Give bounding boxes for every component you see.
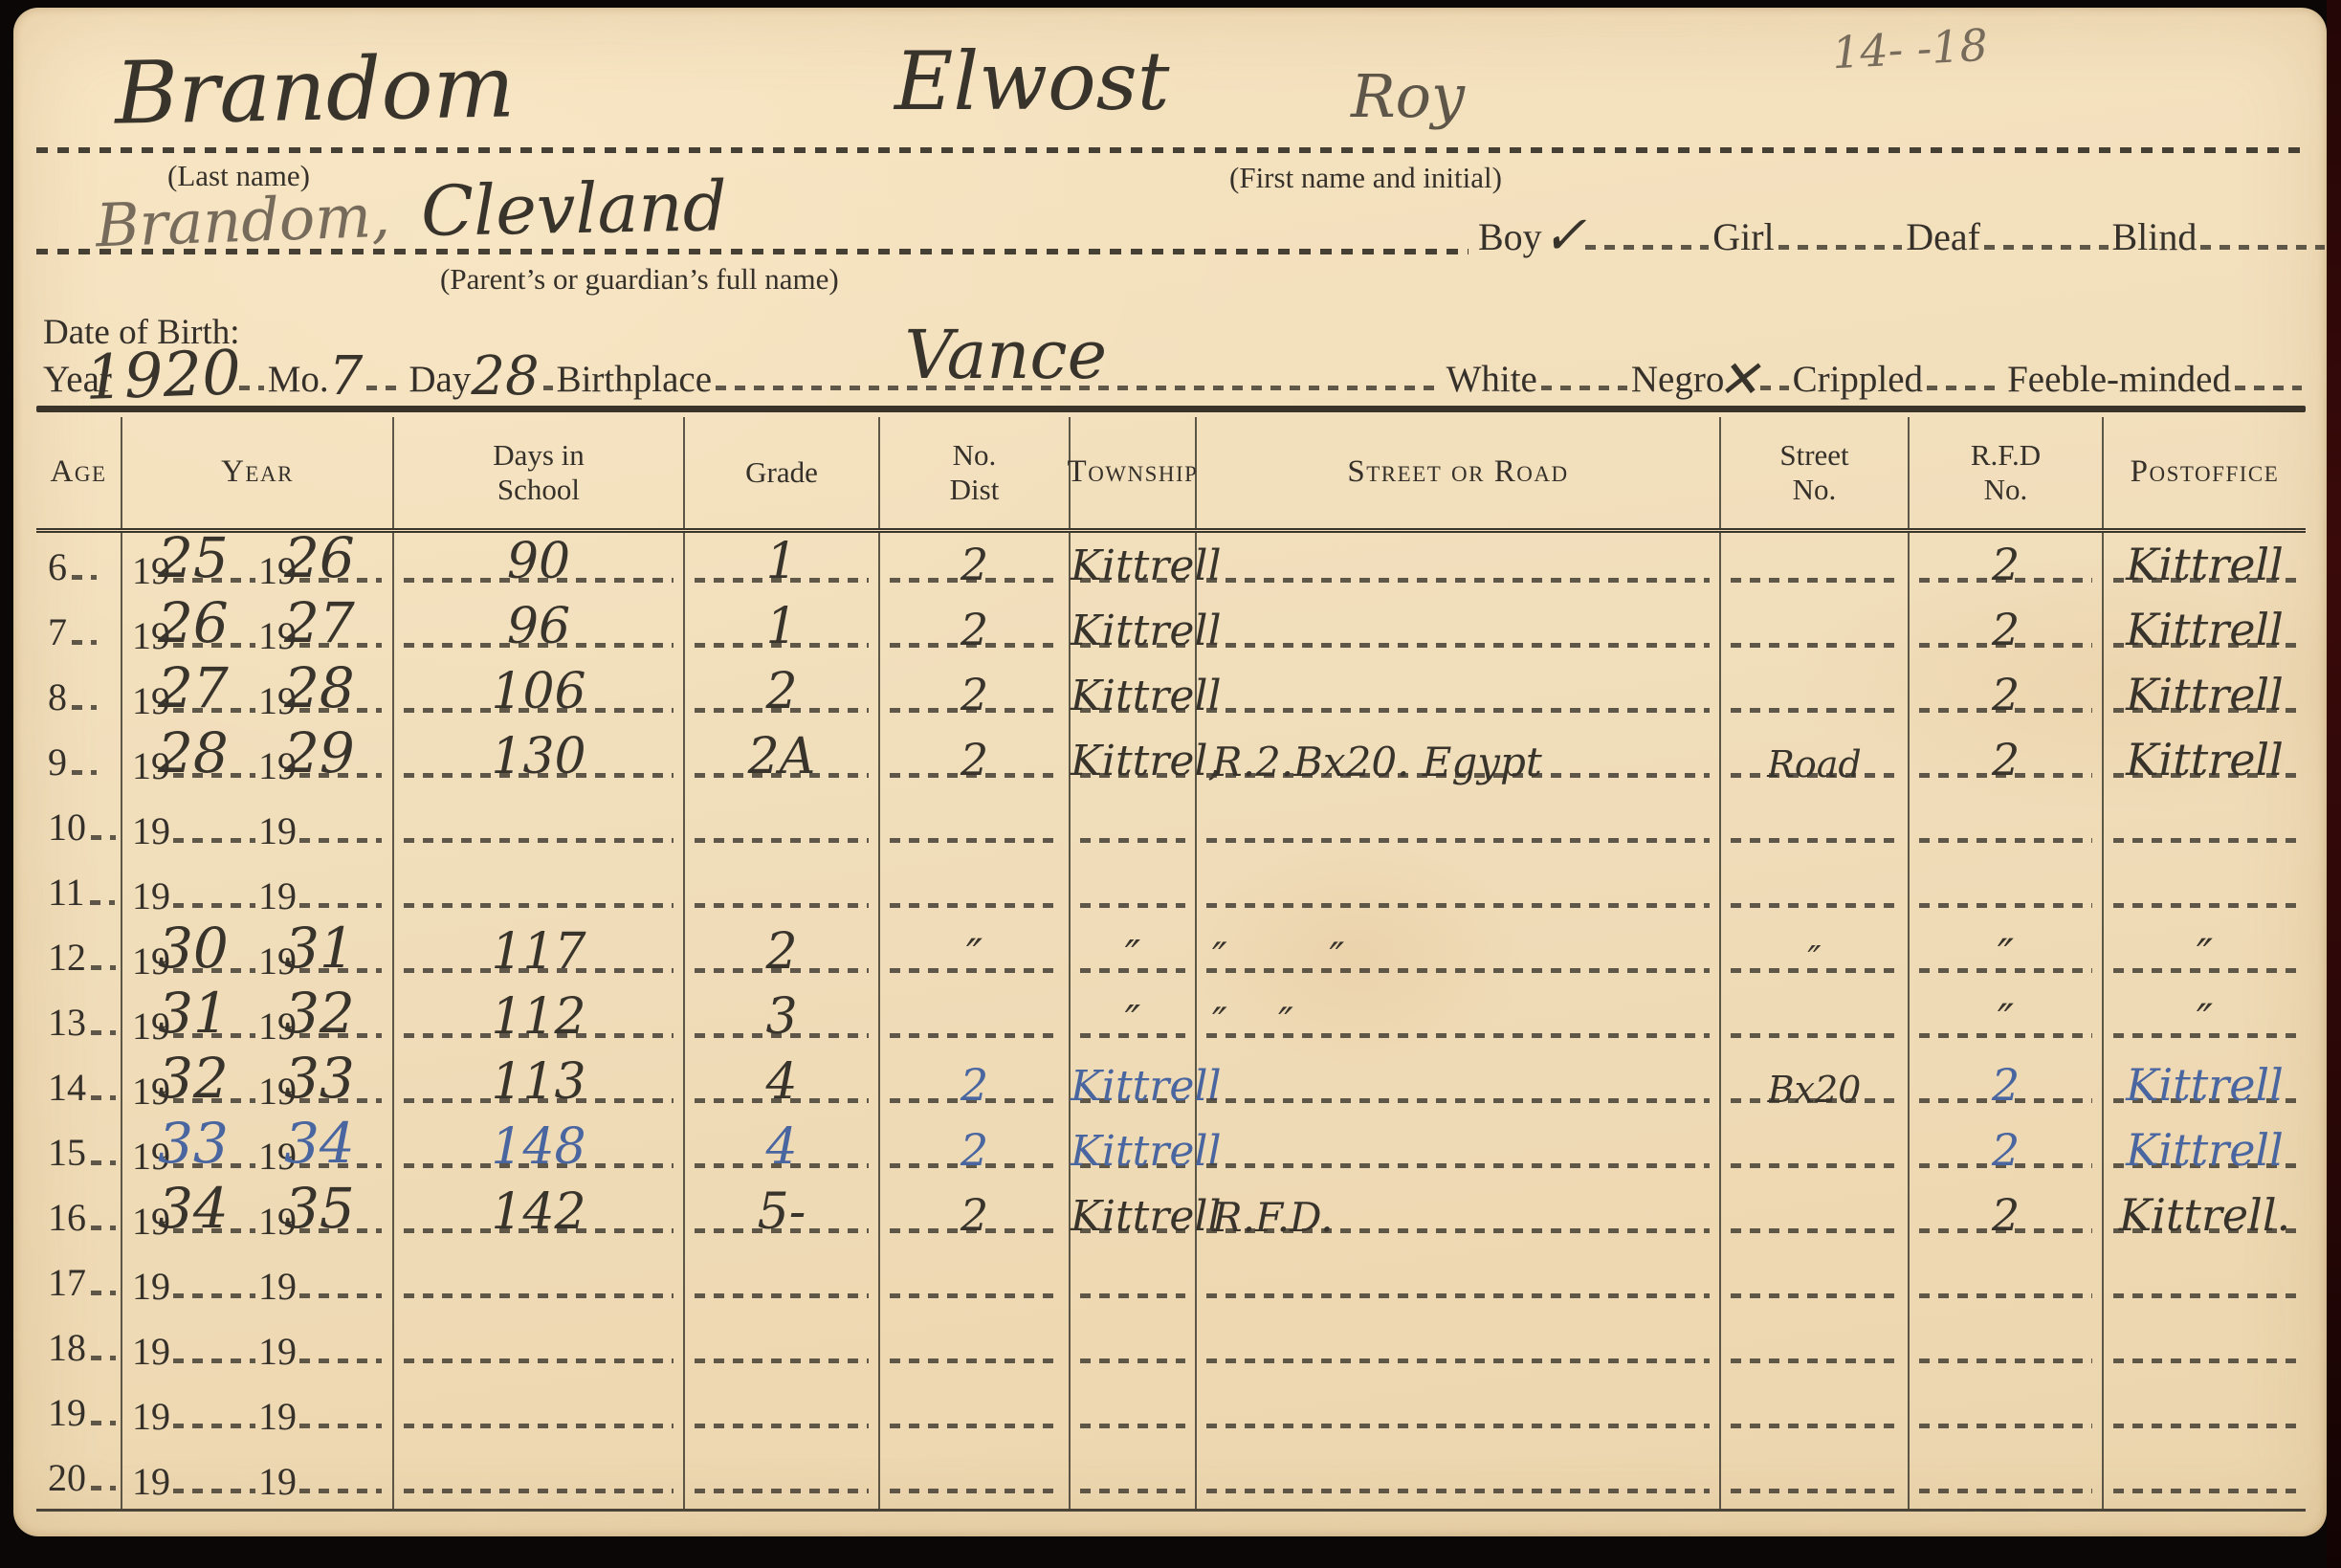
cell-street-dots bbox=[1206, 1489, 1710, 1493]
year-dots bbox=[299, 838, 382, 843]
cell-street-no-value: Road bbox=[1721, 743, 1908, 785]
year-value-y1: 26 bbox=[158, 590, 229, 655]
col-header-year: Year bbox=[122, 417, 394, 528]
cell-grade: 4 bbox=[685, 1053, 880, 1118]
cell-year: 1919 bbox=[122, 1444, 394, 1509]
year-value-y2: 35 bbox=[284, 1176, 355, 1241]
cell-year: 1919 bbox=[122, 1248, 394, 1314]
cell-grade-value: 4 bbox=[685, 1053, 878, 1111]
cell-rfd-value: ″ bbox=[1910, 994, 2102, 1046]
year-dots: 27 bbox=[299, 643, 382, 648]
cell-age: 11 bbox=[36, 858, 122, 923]
cell-po-dots bbox=[2113, 838, 2296, 843]
cell-dist: 2 bbox=[880, 533, 1071, 598]
age-dots bbox=[91, 1356, 116, 1360]
cell-age: 10 bbox=[36, 793, 122, 858]
cell-days: 117 bbox=[394, 923, 685, 988]
cell-street bbox=[1197, 793, 1721, 858]
year-dots: 34 bbox=[299, 1163, 382, 1168]
cell-township-value: Kittrel, bbox=[1071, 737, 1195, 785]
birthplace-label: Birthplace bbox=[557, 361, 712, 400]
last-name-value: Brandom bbox=[114, 36, 516, 144]
cell-grade: 2A bbox=[685, 728, 880, 793]
cell-days: 148 bbox=[394, 1118, 685, 1183]
cell-dist bbox=[880, 858, 1071, 923]
cell-po bbox=[2104, 1379, 2306, 1444]
cell-days bbox=[394, 1379, 685, 1444]
cell-rfd bbox=[1910, 793, 2104, 858]
corner-note: 14- -18 bbox=[1831, 19, 1989, 78]
cell-rfd-value: 2 bbox=[1910, 539, 2102, 590]
printed-year-prefix: 19 bbox=[132, 1463, 170, 1501]
cell-dist-value: 2 bbox=[880, 604, 1069, 655]
col-header-age: Age bbox=[36, 417, 122, 528]
cell-street-dots bbox=[1206, 578, 1710, 583]
age-dots bbox=[72, 640, 97, 645]
cell-days-dots bbox=[404, 1358, 674, 1363]
birthplace-value: Vance bbox=[904, 316, 1107, 394]
cell-street-dots bbox=[1206, 708, 1710, 713]
cell-street-value: R.F.D. bbox=[1212, 1194, 1719, 1241]
birthplace-dots: Vance bbox=[716, 386, 1443, 390]
age-value: 14 bbox=[48, 1069, 86, 1107]
cell-street bbox=[1197, 858, 1721, 923]
cell-po-dots bbox=[2113, 1424, 2296, 1428]
cell-dist-dots bbox=[890, 1424, 1059, 1428]
cell-rfd-dots bbox=[1919, 1424, 2092, 1428]
col-header-rfd-no: R.F.D No. bbox=[1910, 417, 2104, 528]
cell-dist: ″ bbox=[880, 923, 1071, 988]
cell-street-no: Road bbox=[1721, 728, 1910, 793]
cell-po-dots bbox=[2113, 1489, 2296, 1493]
col-header-street-or-road: Street or Road bbox=[1197, 417, 1721, 528]
cell-street-no: ″ bbox=[1721, 923, 1910, 988]
printed-year-prefix: 19 bbox=[258, 812, 297, 850]
cell-po-value: Kittrell bbox=[2104, 539, 2306, 590]
age-value: 12 bbox=[48, 939, 86, 977]
cell-street: ″ ″ bbox=[1197, 988, 1721, 1053]
cell-dist-dots bbox=[890, 903, 1059, 908]
cell-rfd: 2 bbox=[1910, 598, 2104, 663]
cell-street-no-dots bbox=[1731, 1424, 1898, 1428]
year-dots bbox=[173, 1293, 255, 1298]
white-label: White bbox=[1447, 361, 1537, 400]
year-value-y1: 31 bbox=[158, 981, 229, 1046]
cell-age: 20 bbox=[36, 1444, 122, 1509]
age-dots bbox=[72, 575, 97, 580]
cell-grade-value: 5- bbox=[685, 1183, 878, 1241]
first-name-value: Elwost bbox=[894, 34, 1170, 128]
cell-street bbox=[1197, 1053, 1721, 1118]
cell-street-no bbox=[1721, 1118, 1910, 1183]
cell-age: 12 bbox=[36, 923, 122, 988]
cell-po: Kittrell bbox=[2104, 663, 2306, 728]
cell-grade: 3 bbox=[685, 988, 880, 1053]
cell-grade bbox=[685, 793, 880, 858]
cell-days-dots bbox=[404, 838, 674, 843]
cell-street-no bbox=[1721, 793, 1910, 858]
age-value: 17 bbox=[48, 1264, 86, 1302]
cell-grade-dots bbox=[695, 1489, 869, 1493]
cell-days: 90 bbox=[394, 533, 685, 598]
cell-days-dots bbox=[404, 1293, 674, 1298]
cell-street bbox=[1197, 1118, 1721, 1183]
cell-po-dots bbox=[2113, 903, 2296, 908]
cell-street-no-value: Bx20 bbox=[1721, 1069, 1908, 1111]
cell-grade bbox=[685, 1379, 880, 1444]
cell-rfd: 2 bbox=[1910, 663, 2104, 728]
cell-days: 106 bbox=[394, 663, 685, 728]
col-header-days-in-school: Days in School bbox=[394, 417, 685, 528]
age-dots bbox=[91, 1421, 116, 1425]
age-value: 20 bbox=[48, 1459, 86, 1497]
age-value: 11 bbox=[48, 873, 85, 912]
cell-township: Kittrell bbox=[1071, 1183, 1197, 1248]
name-rule bbox=[36, 147, 2306, 153]
col-header-no-dist: No. Dist bbox=[880, 417, 1071, 528]
cell-street-no-dots bbox=[1731, 708, 1898, 713]
year-dots bbox=[173, 1358, 255, 1363]
year-dots: 32 bbox=[299, 1033, 382, 1038]
cell-dist-dots bbox=[890, 1358, 1059, 1363]
crippled-label: Crippled bbox=[1793, 361, 1923, 400]
year-value-y1: 32 bbox=[158, 1046, 229, 1111]
cell-days-dots bbox=[404, 1489, 674, 1493]
record-table: Age Year Days in School Grade No. Dist T… bbox=[36, 417, 2306, 1512]
cell-dist-value: 2 bbox=[880, 734, 1069, 785]
cell-rfd-value: 2 bbox=[1910, 734, 2102, 785]
cell-year: 19261927 bbox=[122, 598, 394, 663]
cell-grade: 2 bbox=[685, 923, 880, 988]
deaf-dots bbox=[1984, 245, 2109, 250]
year-value-y2: 33 bbox=[284, 1046, 355, 1111]
cell-rfd-dots bbox=[1919, 1293, 2092, 1298]
cell-dist-value: 2 bbox=[880, 1124, 1069, 1176]
crippled-dots bbox=[1927, 386, 2003, 390]
cell-days: 142 bbox=[394, 1183, 685, 1248]
cell-street bbox=[1197, 1314, 1721, 1379]
cell-age: 18 bbox=[36, 1314, 122, 1379]
cell-street-no-dots bbox=[1731, 578, 1898, 583]
year-dots bbox=[299, 903, 382, 908]
cell-days-value: 96 bbox=[394, 598, 683, 655]
cell-grade-value: 2 bbox=[685, 663, 878, 720]
age-value: 10 bbox=[48, 808, 86, 847]
cell-po bbox=[2104, 858, 2306, 923]
cell-street bbox=[1197, 533, 1721, 598]
cell-street-dots bbox=[1206, 1098, 1710, 1103]
cell-po-value: Kittrell. bbox=[2104, 1189, 2306, 1241]
year-value-y2: 26 bbox=[284, 525, 355, 590]
cell-township-dots bbox=[1080, 1358, 1185, 1363]
cell-days-dots bbox=[404, 1424, 674, 1428]
parent-label: (Parent’s or guardian’s full name) bbox=[440, 262, 839, 297]
white-dots bbox=[1541, 386, 1627, 390]
girl-label: Girl bbox=[1712, 214, 1774, 259]
cell-po: ″ bbox=[2104, 988, 2306, 1053]
cell-township bbox=[1071, 1379, 1197, 1444]
cell-dist-value: ″ bbox=[880, 929, 1069, 981]
printed-year-prefix: 19 bbox=[258, 1463, 297, 1501]
boy-checkmark: ✓ bbox=[1542, 205, 1587, 267]
parent-rule bbox=[36, 249, 1469, 254]
header-rule bbox=[36, 406, 2306, 412]
year-value-y1: 34 bbox=[158, 1176, 229, 1241]
cell-po: Kittrell bbox=[2104, 598, 2306, 663]
cell-street-no bbox=[1721, 1183, 1910, 1248]
parent-name-value: Clevland bbox=[420, 166, 727, 252]
record-table-body: 6192519269012Kittrell2Kittrell7192619279… bbox=[36, 533, 2306, 1512]
cell-grade: 1 bbox=[685, 598, 880, 663]
cell-township: Kittrell bbox=[1071, 1118, 1197, 1183]
cell-grade: 5- bbox=[685, 1183, 880, 1248]
cell-po: Kittrell bbox=[2104, 1118, 2306, 1183]
year-dots: 26 bbox=[173, 643, 255, 648]
cell-days-value: 142 bbox=[394, 1183, 683, 1241]
cell-rfd bbox=[1910, 1248, 2104, 1314]
age-dots bbox=[91, 965, 116, 970]
cell-grade: 1 bbox=[685, 533, 880, 598]
cell-year: 1919 bbox=[122, 858, 394, 923]
cell-street-no-dots bbox=[1731, 838, 1898, 843]
cell-grade-value: 2A bbox=[685, 728, 878, 785]
cell-township-value: Kittrell bbox=[1071, 1062, 1195, 1111]
cell-grade: 2 bbox=[685, 663, 880, 728]
age-dots bbox=[91, 835, 116, 840]
cell-township: ″ bbox=[1071, 923, 1197, 988]
cell-dist-value: 2 bbox=[880, 539, 1069, 590]
age-dots bbox=[91, 1226, 116, 1230]
cell-po: Kittrell. bbox=[2104, 1183, 2306, 1248]
year-value-y2: 32 bbox=[284, 981, 355, 1046]
cell-township: Kittrel, bbox=[1071, 728, 1197, 793]
cell-street-no bbox=[1721, 1314, 1910, 1379]
cell-age: 19 bbox=[36, 1379, 122, 1444]
year-dots: 30 bbox=[173, 968, 255, 973]
cell-street-no-dots bbox=[1731, 1228, 1898, 1233]
year-value-y2: 27 bbox=[284, 590, 355, 655]
cell-age: 6 bbox=[36, 533, 122, 598]
cell-po-value: Kittrell bbox=[2104, 734, 2306, 785]
cell-rfd-value: ″ bbox=[1910, 929, 2102, 981]
year-value-y2: 34 bbox=[284, 1111, 355, 1176]
cell-po: Kittrell bbox=[2104, 533, 2306, 598]
year-dots bbox=[299, 1424, 382, 1428]
cell-township bbox=[1071, 1444, 1197, 1509]
cell-township: Kittrell bbox=[1071, 663, 1197, 728]
age-value: 18 bbox=[48, 1329, 86, 1367]
cell-grade-dots bbox=[695, 838, 869, 843]
cell-township-dots bbox=[1080, 1489, 1185, 1493]
cell-days bbox=[394, 1444, 685, 1509]
year-dots: 32 bbox=[173, 1098, 255, 1103]
year-dots: 28 bbox=[299, 708, 382, 713]
cell-dist-value: 2 bbox=[880, 1059, 1069, 1111]
cell-grade-value: 2 bbox=[685, 923, 878, 981]
birth-month-value: 7 bbox=[329, 345, 364, 408]
cell-dist-dots bbox=[890, 1293, 1059, 1298]
cell-street bbox=[1197, 1444, 1721, 1509]
age-value: 13 bbox=[48, 1004, 86, 1042]
cell-dist bbox=[880, 988, 1071, 1053]
cell-days: 113 bbox=[394, 1053, 685, 1118]
cell-days-value: 148 bbox=[394, 1118, 683, 1176]
year-value-y1: 25 bbox=[158, 525, 229, 590]
cell-year: 19311932 bbox=[122, 988, 394, 1053]
cell-rfd: ″ bbox=[1910, 988, 2104, 1053]
cell-township-value: ″ bbox=[1071, 932, 1195, 981]
cell-dist: 2 bbox=[880, 1118, 1071, 1183]
feeble-minded-dots bbox=[2235, 386, 2302, 390]
cell-age: 15 bbox=[36, 1118, 122, 1183]
cell-grade: 4 bbox=[685, 1118, 880, 1183]
blind-label: Blind bbox=[2112, 214, 2197, 259]
year-dots: 29 bbox=[299, 773, 382, 778]
cell-township: Kittrell bbox=[1071, 1053, 1197, 1118]
cell-dist-dots bbox=[890, 1033, 1059, 1038]
cell-township: Kittrell bbox=[1071, 533, 1197, 598]
cell-rfd bbox=[1910, 858, 2104, 923]
year-dots bbox=[299, 1293, 382, 1298]
cell-township-value: Kittrell bbox=[1071, 1192, 1195, 1241]
cell-rfd: 2 bbox=[1910, 1053, 2104, 1118]
cell-age: 16 bbox=[36, 1183, 122, 1248]
cell-grade-dots bbox=[695, 903, 869, 908]
cell-street-dots bbox=[1206, 838, 1710, 843]
cell-year: 19341935 bbox=[122, 1183, 394, 1248]
cell-township-dots bbox=[1080, 838, 1185, 843]
cell-street-dots bbox=[1206, 643, 1710, 648]
cell-days: 112 bbox=[394, 988, 685, 1053]
cell-grade-value: 1 bbox=[685, 598, 878, 655]
cell-street-dots bbox=[1206, 1424, 1710, 1428]
cell-age: 9 bbox=[36, 728, 122, 793]
age-value: 7 bbox=[48, 613, 67, 651]
printed-year-prefix: 19 bbox=[258, 877, 297, 916]
age-dots bbox=[91, 1030, 116, 1035]
cell-year: 19281929 bbox=[122, 728, 394, 793]
cell-grade-dots bbox=[695, 1293, 869, 1298]
day-dots bbox=[543, 386, 553, 390]
cell-rfd: 2 bbox=[1910, 533, 2104, 598]
col-header-township: Township bbox=[1071, 417, 1197, 528]
cell-days-value: 130 bbox=[394, 728, 683, 785]
year-value-y1: 27 bbox=[158, 655, 229, 720]
cell-street-no-dots bbox=[1731, 643, 1898, 648]
cell-po-value: ″ bbox=[2104, 929, 2306, 981]
cell-rfd-value: 2 bbox=[1910, 669, 2102, 720]
cell-days-value: 117 bbox=[394, 923, 683, 981]
girl-dots bbox=[1778, 245, 1903, 250]
cell-year: 1919 bbox=[122, 1314, 394, 1379]
cell-po bbox=[2104, 793, 2306, 858]
cell-street bbox=[1197, 1379, 1721, 1444]
cell-rfd-value: 2 bbox=[1910, 604, 2102, 655]
cell-po: Kittrell bbox=[2104, 728, 2306, 793]
cell-grade bbox=[685, 1248, 880, 1314]
age-dots bbox=[91, 1291, 116, 1295]
year-value-y1: 30 bbox=[158, 916, 229, 981]
boy-label: Boy bbox=[1478, 214, 1542, 259]
initial-value: Roy bbox=[1351, 61, 1465, 131]
cell-po-value: ″ bbox=[2104, 994, 2306, 1046]
cell-street-dots bbox=[1206, 1358, 1710, 1363]
year-dots: 26 bbox=[299, 578, 382, 583]
cell-grade-dots bbox=[695, 1424, 869, 1428]
cell-street-no bbox=[1721, 533, 1910, 598]
year-value-y2: 31 bbox=[284, 916, 355, 981]
cell-street-no bbox=[1721, 1248, 1910, 1314]
cell-rfd bbox=[1910, 1314, 2104, 1379]
blind-dots bbox=[2200, 245, 2325, 250]
month-label: Mo. bbox=[268, 361, 329, 400]
cell-days-value: 106 bbox=[394, 663, 683, 720]
cell-dist: 2 bbox=[880, 663, 1071, 728]
cell-days bbox=[394, 858, 685, 923]
cell-po: ″ bbox=[2104, 923, 2306, 988]
cell-dist: 2 bbox=[880, 728, 1071, 793]
cell-street-value: ″ ″ bbox=[1212, 999, 1719, 1046]
printed-year-prefix: 19 bbox=[258, 1398, 297, 1436]
cell-township: ″ bbox=[1071, 988, 1197, 1053]
cell-days-value: 113 bbox=[394, 1053, 683, 1111]
cell-township-dots bbox=[1080, 903, 1185, 908]
record-table-header: Age Year Days in School Grade No. Dist T… bbox=[36, 417, 2306, 533]
day-label: Day bbox=[409, 361, 471, 400]
cell-year: 19331934 bbox=[122, 1118, 394, 1183]
cell-days: 96 bbox=[394, 598, 685, 663]
age-dots bbox=[91, 1160, 116, 1165]
cell-po-value: Kittrell bbox=[2104, 604, 2306, 655]
cell-street-no-dots bbox=[1731, 903, 1898, 908]
year-dots: 33 bbox=[299, 1098, 382, 1103]
cell-rfd-dots bbox=[1919, 838, 2092, 843]
first-name-label: (First name and initial) bbox=[1229, 161, 1502, 195]
cell-dist bbox=[880, 1444, 1071, 1509]
printed-year-prefix: 19 bbox=[258, 1268, 297, 1306]
year-dots: 27 bbox=[173, 708, 255, 713]
cell-grade-value: 3 bbox=[685, 988, 878, 1046]
cell-dist-dots bbox=[890, 1489, 1059, 1493]
negro-dots bbox=[1760, 386, 1789, 390]
month-dots bbox=[366, 386, 405, 390]
year-dots: 34 bbox=[173, 1228, 255, 1233]
cell-street-no-dots bbox=[1731, 1358, 1898, 1363]
cell-street-no-value: ″ bbox=[1721, 939, 1908, 981]
cell-street-dots bbox=[1206, 1293, 1710, 1298]
printed-year-prefix: 19 bbox=[132, 1333, 170, 1371]
cell-age: 13 bbox=[36, 988, 122, 1053]
cell-year: 19321933 bbox=[122, 1053, 394, 1118]
negro-checkmark: ✕ bbox=[1716, 349, 1759, 409]
age-dots bbox=[90, 900, 115, 905]
cell-grade-value: 4 bbox=[685, 1118, 878, 1176]
cell-street-no-dots bbox=[1731, 1163, 1898, 1168]
cell-age: 8 bbox=[36, 663, 122, 728]
birth-day-value: 28 bbox=[471, 345, 539, 408]
cell-township bbox=[1071, 858, 1197, 923]
boy-dots bbox=[1585, 245, 1710, 250]
year-value-y2: 28 bbox=[284, 655, 355, 720]
cell-year: 1919 bbox=[122, 793, 394, 858]
cell-days-value: 90 bbox=[394, 533, 683, 590]
cell-street-value: ″ ″ bbox=[1212, 934, 1719, 981]
cell-rfd-dots bbox=[1919, 1358, 2092, 1363]
year-value-y1: 33 bbox=[158, 1111, 229, 1176]
cell-street: R.F.D. bbox=[1197, 1183, 1721, 1248]
cell-township-dots bbox=[1080, 1293, 1185, 1298]
cell-township-value: ″ bbox=[1071, 997, 1195, 1046]
